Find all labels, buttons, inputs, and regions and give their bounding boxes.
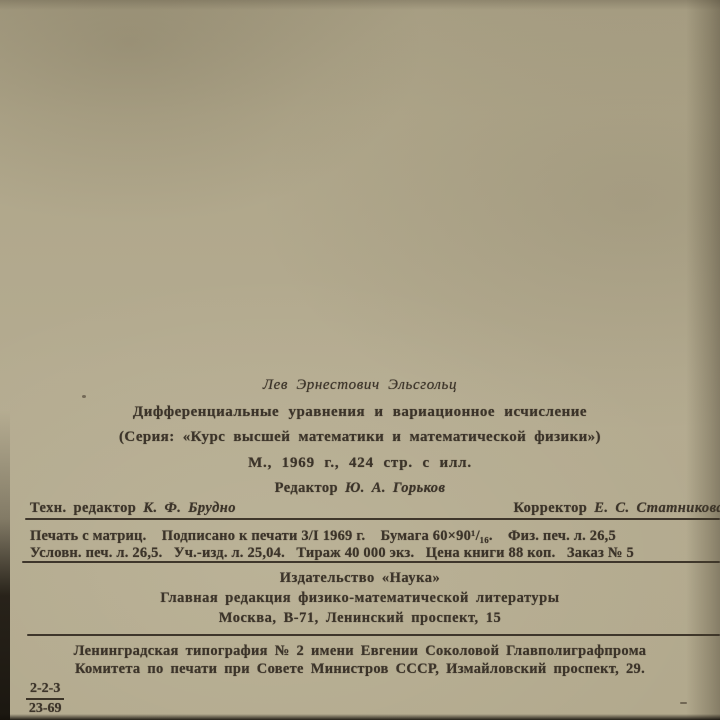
tech-editor-name: К. Ф. Брудно xyxy=(143,500,236,516)
edition-line: М., 1969 г., 424 стр. с илл. xyxy=(0,455,720,472)
book-title-line: Дифференциальные уравнения и вариационно… xyxy=(0,404,720,421)
editor-name: Ю. А. Горьков xyxy=(345,480,445,496)
divider-rule-middle xyxy=(22,561,720,563)
page-top-shadow xyxy=(0,0,720,10)
page-bottom-edge xyxy=(0,714,720,720)
series-line: (Серия: «Курс высшей математики и матема… xyxy=(0,429,720,446)
editor-line: Редактор Ю. А. Горьков xyxy=(0,480,720,497)
paper-speck xyxy=(82,395,86,398)
publisher-name-line: Издательство «Наука» xyxy=(0,570,720,587)
divider-rule-bottom xyxy=(27,634,720,636)
printing-house-line-1: Ленинградская типография № 2 имени Евген… xyxy=(0,643,720,660)
editor-label: Редактор xyxy=(275,480,338,496)
page-right-shadow xyxy=(686,0,720,720)
book-colophon-page-photo: Лев Эрнестович Эльсгольц Дифференциальны… xyxy=(0,0,720,720)
print-run-code: 2-2-3 23-69 xyxy=(26,681,64,717)
tech-editor-line: Техн. редактор К. Ф. Брудно xyxy=(30,500,236,517)
author-line: Лев Эрнестович Эльсгольц xyxy=(0,377,720,394)
proofreader-label: Корректор xyxy=(513,500,587,516)
tech-editor-label: Техн. редактор xyxy=(30,500,136,516)
print-run-code-numerator: 2-2-3 xyxy=(26,681,64,700)
printing-house-line-2: Комитета по печати при Совете Министров … xyxy=(0,661,720,678)
book-gutter-shadow xyxy=(0,410,10,720)
publisher-address-line: Москва, В-71, Ленинский проспект, 15 xyxy=(0,610,720,627)
publisher-division-line: Главная редакция физико-математической л… xyxy=(0,590,720,607)
print-info-line-2: Условн. печ. л. 26,5. Уч.-изд. л. 25,04.… xyxy=(30,545,634,562)
divider-rule-top xyxy=(25,518,720,520)
print-info-line-1: Печать с матриц. Подписано к печати 3/I … xyxy=(30,528,616,545)
